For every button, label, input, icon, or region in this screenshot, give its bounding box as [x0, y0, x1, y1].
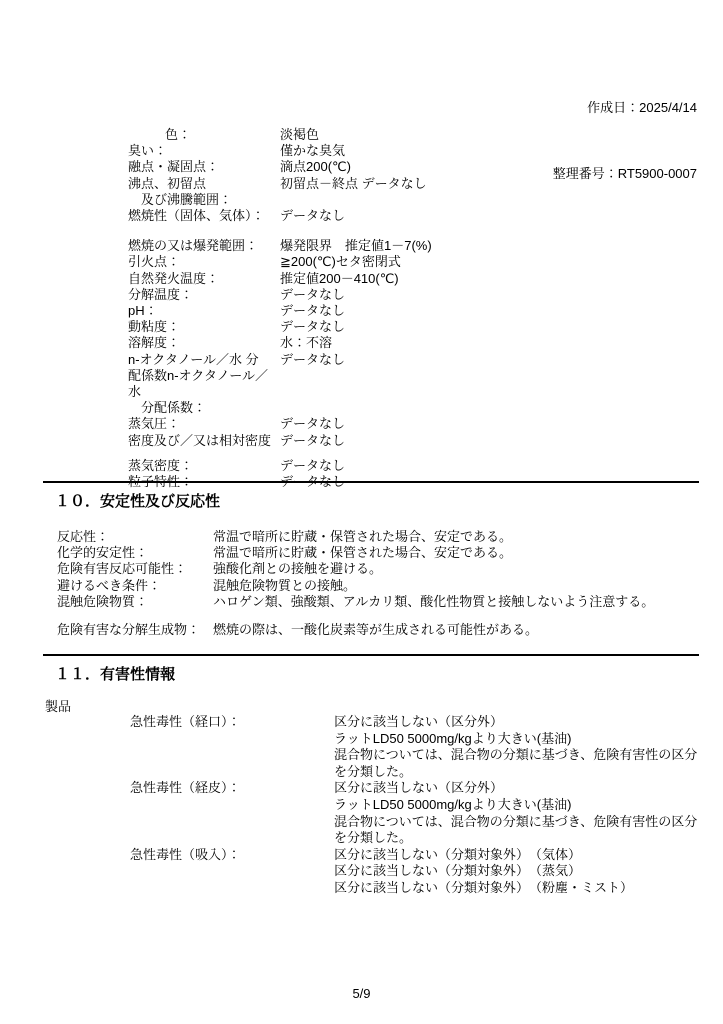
- property-value: データなし: [280, 303, 345, 319]
- section-11-heading: １１．有害性情報: [55, 666, 175, 684]
- property-row: 色： 淡褐色: [128, 127, 698, 143]
- property-row: 蒸気圧： データなし: [128, 416, 698, 432]
- property-value: データなし: [280, 208, 345, 224]
- property-label: 燃焼性（固体、気体）：: [128, 208, 280, 224]
- toxicity-list: 急性毒性（経口）： 区分に該当しない（区分外） ラットLD50 5000mg/k…: [130, 714, 715, 897]
- property-label: pH：: [128, 303, 280, 319]
- toxicity-label: 急性毒性（吸入）：: [130, 847, 334, 897]
- property-value: データなし: [280, 458, 345, 474]
- property-row: 溶解度： 水：不溶: [128, 335, 698, 351]
- property-value: 淡褐色: [280, 127, 319, 143]
- property-row: 自然発火温度： 推定値200－410(℃): [128, 271, 698, 287]
- property-label: 溶解度：: [128, 335, 280, 351]
- property-row: 沸点、初留点 初留点－終点 データなし: [128, 176, 698, 192]
- stability-label: 混触危険物質：: [57, 594, 213, 610]
- stability-row: 危険有害反応可能性： 強酸化剤との接触を避ける。: [57, 561, 697, 577]
- property-label: 及び沸騰範囲：: [128, 192, 280, 208]
- property-row: 引火点： ≧200(℃)セタ密閉式: [128, 254, 698, 270]
- stability-label: 避けるべき条件：: [57, 578, 213, 594]
- property-value: 僅かな臭気: [280, 143, 345, 159]
- property-value: データなし: [280, 433, 345, 449]
- page-number: 5/9: [0, 986, 723, 1002]
- property-label: 分配係数：: [128, 400, 280, 416]
- property-row: pH： データなし: [128, 303, 698, 319]
- toxicity-row: 急性毒性（吸入）： 区分に該当しない（分類対象外） （気体） 区分に該当しない（…: [130, 847, 715, 897]
- toxicity-label: 急性毒性（経皮）：: [130, 780, 334, 846]
- property-label: 自然発火温度：: [128, 271, 280, 287]
- property-row: 燃焼の又は爆発範囲： 爆発限界 推定値1－7(%): [128, 238, 698, 254]
- property-value: 初留点－終点 データなし: [280, 176, 427, 192]
- stability-row: 混触危険物質： ハロゲン類、強酸類、アルカリ類、酸化性物質と接触しないよう注意す…: [57, 594, 697, 610]
- property-label: 色：: [128, 127, 280, 143]
- stability-value: 強酸化剤との接触を避ける。: [213, 561, 382, 577]
- property-row: 分配係数：: [128, 400, 698, 416]
- property-label: 分解温度：: [128, 287, 280, 303]
- property-value: 滴点200(℃): [280, 159, 351, 175]
- property-label: 密度及び／又は相対密度: [128, 433, 280, 449]
- toxicity-value: 区分に該当しない（分類対象外） （気体） 区分に該当しない（分類対象外） （蒸気…: [334, 847, 633, 897]
- toxicity-row: 急性毒性（経口）： 区分に該当しない（区分外） ラットLD50 5000mg/k…: [130, 714, 715, 780]
- stability-reactivity-list: 反応性： 常温で暗所に貯蔵・保管された場合、安定である。 化学的安定性： 常温で…: [57, 529, 697, 638]
- stability-value: 常温で暗所に貯蔵・保管された場合、安定である。: [213, 529, 512, 545]
- property-value: ≧200(℃)セタ密閉式: [280, 254, 401, 270]
- property-label: [128, 449, 280, 458]
- property-row: 臭い： 僅かな臭気: [128, 143, 698, 159]
- property-row: n-オクタノール／水 分 データなし: [128, 352, 698, 368]
- created-date: 作成日：2025/4/14: [553, 97, 697, 119]
- sds-document-page: 作成日：2025/4/14 整理番号：RT5900-0007 色： 淡褐色 臭い…: [0, 0, 723, 1024]
- property-value: データなし: [280, 352, 345, 368]
- property-row: 動粘度： データなし: [128, 319, 698, 335]
- stability-row: 避けるべき条件： 混触危険物質との接触。: [57, 578, 697, 594]
- property-row: 蒸気密度： データなし: [128, 458, 698, 474]
- property-label: 引火点：: [128, 254, 280, 270]
- stability-row: [57, 610, 697, 622]
- property-value: データなし: [280, 319, 345, 335]
- toxicity-value: 区分に該当しない（区分外） ラットLD50 5000mg/kgより大きい(基油)…: [334, 714, 697, 780]
- toxicity-row: 急性毒性（経皮）： 区分に該当しない（区分外） ラットLD50 5000mg/k…: [130, 780, 715, 846]
- section-10-heading: １０．安定性及び反応性: [55, 493, 220, 511]
- section-11-divider: [43, 654, 699, 656]
- stability-label: 化学的安定性：: [57, 545, 213, 561]
- property-value: 推定値200－410(℃): [280, 271, 399, 287]
- stability-value: ハロゲン類、強酸類、アルカリ類、酸化性物質と接触しないよう注意する。: [213, 594, 654, 610]
- section-10-divider: [43, 481, 699, 483]
- property-row: [128, 449, 698, 458]
- property-value: 爆発限界 推定値1－7(%): [280, 238, 432, 254]
- property-row: 密度及び／又は相対密度 データなし: [128, 433, 698, 449]
- stability-label: 危険有害な分解生成物：: [57, 622, 213, 638]
- property-label: 水: [128, 384, 280, 400]
- stability-value: 燃焼の際は、一酸化炭素等が生成される可能性がある。: [213, 622, 538, 638]
- property-label: 臭い：: [128, 143, 280, 159]
- property-value: 水：不溶: [280, 335, 332, 351]
- product-label: 製品: [45, 699, 71, 715]
- property-label: 燃焼の又は爆発範囲：: [128, 238, 280, 254]
- property-label: 蒸気圧：: [128, 416, 280, 432]
- property-label: 沸点、初留点: [128, 176, 280, 192]
- property-row: 燃焼性（固体、気体）： データなし: [128, 208, 698, 224]
- stability-row: 危険有害な分解生成物： 燃焼の際は、一酸化炭素等が生成される可能性がある。: [57, 622, 697, 638]
- toxicity-value: 区分に該当しない（区分外） ラットLD50 5000mg/kgより大きい(基油)…: [334, 780, 697, 846]
- property-label: [128, 224, 280, 238]
- property-label: 動粘度：: [128, 319, 280, 335]
- property-row: 水: [128, 384, 698, 400]
- property-label: n-オクタノール／水 分: [128, 352, 280, 368]
- property-row: 及び沸騰範囲：: [128, 192, 698, 208]
- property-label: 蒸気密度：: [128, 458, 280, 474]
- toxicity-label: 急性毒性（経口）：: [130, 714, 334, 780]
- stability-value: 常温で暗所に貯蔵・保管された場合、安定である。: [213, 545, 512, 561]
- stability-row: 化学的安定性： 常温で暗所に貯蔵・保管された場合、安定である。: [57, 545, 697, 561]
- stability-label: 危険有害反応可能性：: [57, 561, 213, 577]
- property-row: 融点・凝固点： 滴点200(℃): [128, 159, 698, 175]
- property-value: データなし: [280, 287, 345, 303]
- stability-label: 反応性：: [57, 529, 213, 545]
- property-row: [128, 224, 698, 238]
- property-row: 配係数n-オクタノール／: [128, 368, 698, 384]
- stability-value: 混触危険物質との接触。: [213, 578, 356, 594]
- property-value: データなし: [280, 416, 345, 432]
- property-label: 融点・凝固点：: [128, 159, 280, 175]
- physical-properties-list: 色： 淡褐色 臭い： 僅かな臭気 融点・凝固点： 滴点200(℃) 沸点、初留点…: [128, 127, 698, 490]
- stability-row: 反応性： 常温で暗所に貯蔵・保管された場合、安定である。: [57, 529, 697, 545]
- property-label: 配係数n-オクタノール／: [128, 368, 280, 384]
- stability-label: [57, 610, 213, 622]
- property-row: 分解温度： データなし: [128, 287, 698, 303]
